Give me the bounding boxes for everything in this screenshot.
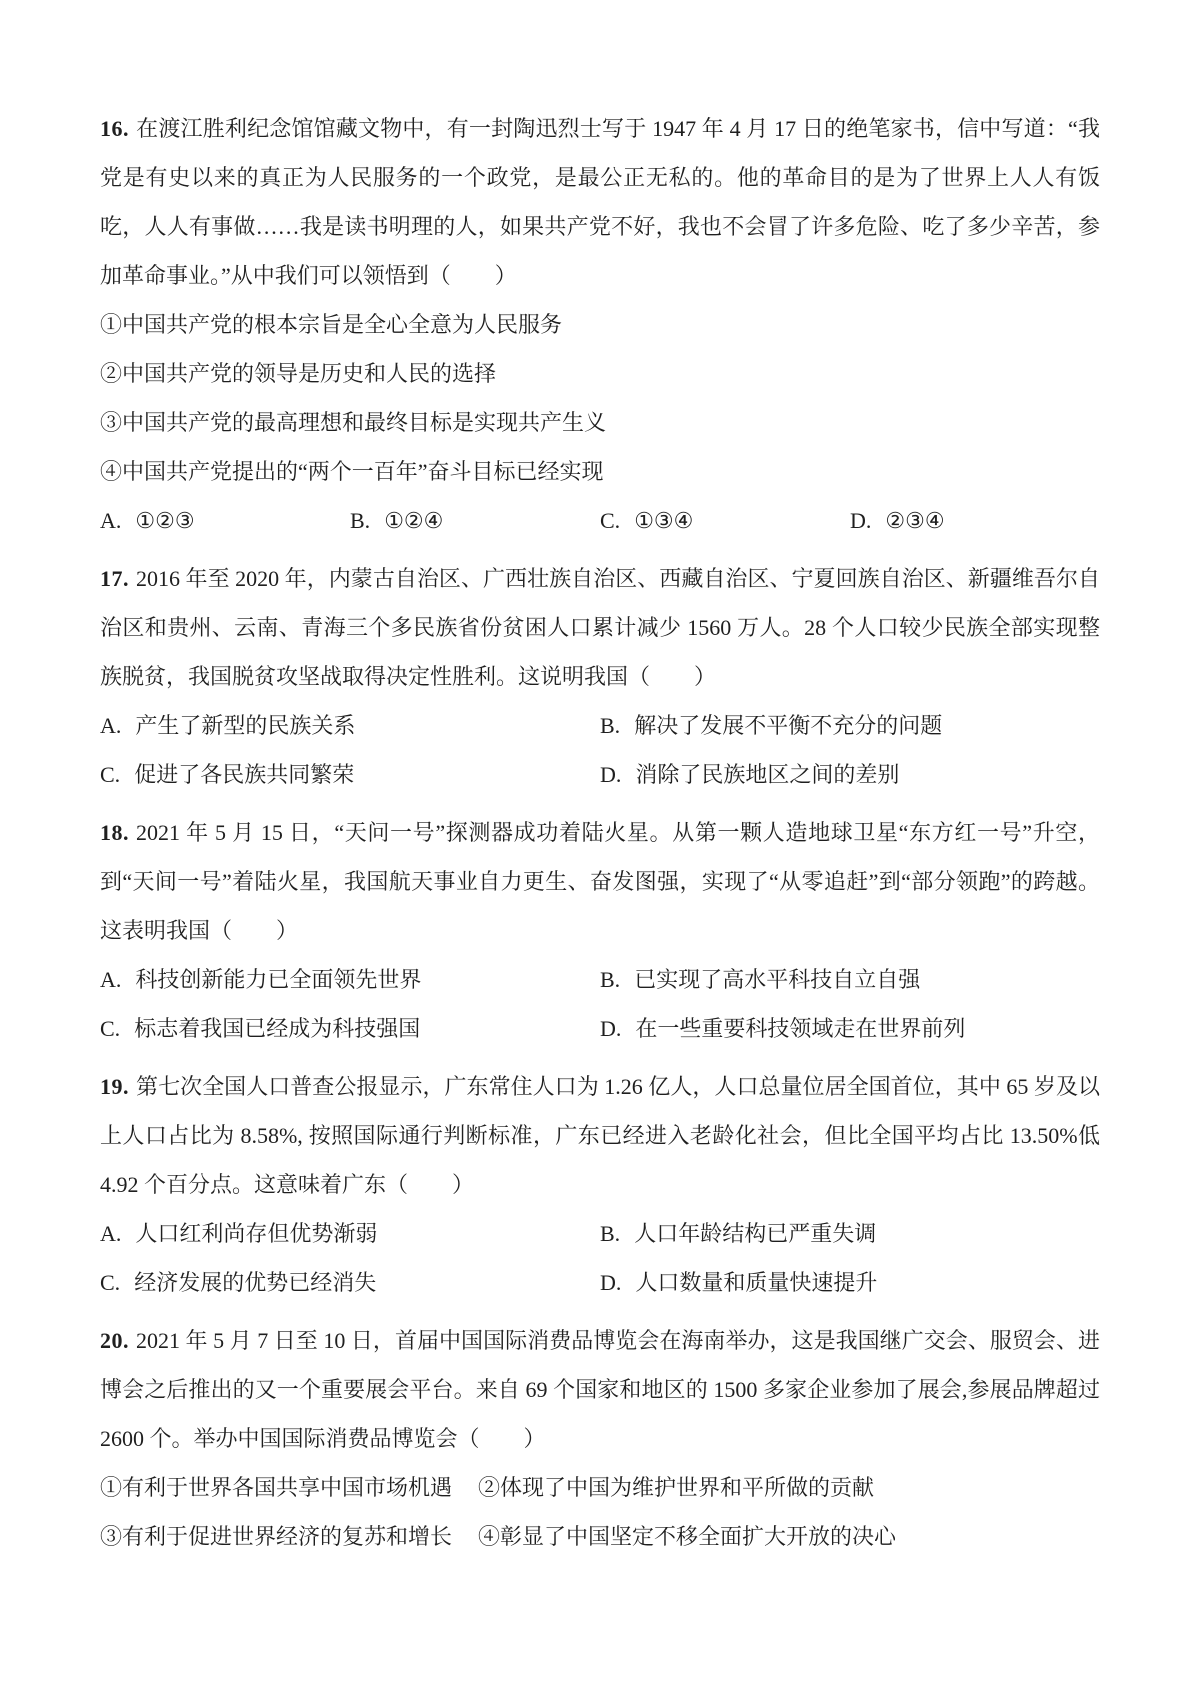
question-18-stem: 18.2021 年 5 月 15 日，“天问一号”探测器成功着陆火星。从第一颗人… [100,808,1100,955]
question-16-option-d: D.②③④ [850,496,1100,545]
question-17-option-a: A.产生了新型的民族关系 [100,701,600,750]
question-16-statement-3: ③中国共产党的最高理想和最终目标是实现共产生义 [100,398,1100,447]
option-label: C. [100,762,120,787]
question-16-stem-text: 在渡江胜利纪念馆馆藏文物中，有一封陶迅烈士写于 1947 年 4 月 17 日的… [100,116,1100,288]
option-text: 已实现了高水平科技自立自强 [634,967,920,992]
exam-page: 16.在渡江胜利纪念馆馆藏文物中，有一封陶迅烈士写于 1947 年 4 月 17… [0,0,1200,1698]
question-19-option-b: B.人口年龄结构已严重失调 [600,1209,1100,1258]
option-label: D. [600,1270,621,1295]
option-text: 科技创新能力已全面领先世界 [135,967,421,992]
option-label: A. [100,967,121,992]
question-16-stem: 16.在渡江胜利纪念馆馆藏文物中，有一封陶迅烈士写于 1947 年 4 月 17… [100,104,1100,300]
question-19-options-row-2: C.经济发展的优势已经消失 D.人口数量和质量快速提升 [100,1258,1100,1307]
question-17: 17.2016 年至 2020 年，内蒙古自治区、广西壮族自治区、西藏自治区、宁… [100,554,1100,799]
option-label: C. [600,508,620,533]
option-text: ①②④ [384,508,443,533]
option-text: ②③④ [885,508,944,533]
question-18-option-b: B.已实现了高水平科技自立自强 [600,955,1100,1004]
option-label: D. [850,508,871,533]
option-label: A. [100,713,121,738]
question-20-statement-4: ④彰显了中国坚定不移全面扩大开放的决心 [478,1512,1100,1561]
option-text: 在一些重要科技领域走在世界前列 [635,1016,965,1041]
option-text: ①③④ [634,508,693,533]
question-17-option-b: B.解决了发展不平衡不充分的问题 [600,701,1100,750]
question-19-option-c: C.经济发展的优势已经消失 [100,1258,600,1307]
question-20-statement-1: ①有利于世界各国共享中国市场机遇 [100,1463,478,1512]
question-16-statement-1: ①中国共产党的根本宗旨是全心全意为人民服务 [100,300,1100,349]
question-19-option-a: A.人口红利尚存但优势渐弱 [100,1209,600,1258]
option-text: 标志着我国已经成为科技强国 [134,1016,420,1041]
question-17-options-row-1: A.产生了新型的民族关系 B.解决了发展不平衡不充分的问题 [100,701,1100,750]
option-text: 经济发展的优势已经消失 [134,1270,376,1295]
question-18-option-a: A.科技创新能力已全面领先世界 [100,955,600,1004]
question-17-number: 17. [100,566,129,591]
question-20-statements-row-1: ①有利于世界各国共享中国市场机遇 ②体现了中国为维护世界和平所做的贡献 [100,1463,1100,1512]
option-label: B. [350,508,370,533]
option-label: C. [100,1270,120,1295]
option-text: 人口年龄结构已严重失调 [634,1221,876,1246]
option-text: 促进了各民族共同繁荣 [134,762,354,787]
option-text: 人口数量和质量快速提升 [635,1270,877,1295]
question-17-stem-text: 2016 年至 2020 年，内蒙古自治区、广西壮族自治区、西藏自治区、宁夏回族… [100,566,1100,689]
question-18-options-row-1: A.科技创新能力已全面领先世界 B.已实现了高水平科技自立自强 [100,955,1100,1004]
question-18-option-d: D.在一些重要科技领域走在世界前列 [600,1004,1100,1053]
question-17-option-d: D.消除了民族地区之间的差别 [600,750,1100,799]
question-20-statement-2: ②体现了中国为维护世界和平所做的贡献 [478,1463,1100,1512]
option-text: ①②③ [135,508,194,533]
question-18-option-c: C.标志着我国已经成为科技强国 [100,1004,600,1053]
question-19-option-d: D.人口数量和质量快速提升 [600,1258,1100,1307]
question-16-option-b: B.①②④ [350,496,600,545]
option-label: B. [600,1221,620,1246]
question-17-option-c: C.促进了各民族共同繁荣 [100,750,600,799]
option-text: 产生了新型的民族关系 [135,713,355,738]
option-text: 消除了民族地区之间的差别 [635,762,899,787]
question-16: 16.在渡江胜利纪念馆馆藏文物中，有一封陶迅烈士写于 1947 年 4 月 17… [100,104,1100,545]
question-17-stem: 17.2016 年至 2020 年，内蒙古自治区、广西壮族自治区、西藏自治区、宁… [100,554,1100,701]
question-18-options-row-2: C.标志着我国已经成为科技强国 D.在一些重要科技领域走在世界前列 [100,1004,1100,1053]
question-17-options-row-2: C.促进了各民族共同繁荣 D.消除了民族地区之间的差别 [100,750,1100,799]
question-18-number: 18. [100,820,129,845]
question-16-option-a: A.①②③ [100,496,350,545]
question-20-number: 20. [100,1328,129,1353]
option-text: 人口红利尚存但优势渐弱 [135,1221,377,1246]
option-label: A. [100,508,121,533]
question-16-option-c: C.①③④ [600,496,850,545]
question-18-stem-text: 2021 年 5 月 15 日，“天问一号”探测器成功着陆火星。从第一颗人造地球… [100,820,1100,943]
option-text: 解决了发展不平衡不充分的问题 [634,713,942,738]
option-label: B. [600,713,620,738]
option-label: D. [600,1016,621,1041]
question-20-stem-text: 2021 年 5 月 7 日至 10 日，首届中国国际消费品博览会在海南举办，这… [100,1328,1100,1451]
question-19: 19.第七次全国人口普查公报显示，广东常住人口为 1.26 亿人，人口总量位居全… [100,1062,1100,1307]
exam-content: 16.在渡江胜利纪念馆馆藏文物中，有一封陶迅烈士写于 1947 年 4 月 17… [100,104,1100,1570]
question-16-statement-4: ④中国共产党提出的“两个一百年”奋斗目标已经实现 [100,447,1100,496]
option-label: B. [600,967,620,992]
question-20-statement-3: ③有利于促进世界经济的复苏和增长 [100,1512,478,1561]
question-19-options-row-1: A.人口红利尚存但优势渐弱 B.人口年龄结构已严重失调 [100,1209,1100,1258]
question-19-number: 19. [100,1074,129,1099]
question-20: 20.2021 年 5 月 7 日至 10 日，首届中国国际消费品博览会在海南举… [100,1316,1100,1561]
option-label: A. [100,1221,121,1246]
question-18: 18.2021 年 5 月 15 日，“天问一号”探测器成功着陆火星。从第一颗人… [100,808,1100,1053]
question-20-stem: 20.2021 年 5 月 7 日至 10 日，首届中国国际消费品博览会在海南举… [100,1316,1100,1463]
question-16-options-row: A.①②③ B.①②④ C.①③④ D.②③④ [100,496,1100,545]
question-19-stem-text: 第七次全国人口普查公报显示，广东常住人口为 1.26 亿人，人口总量位居全国首位… [100,1074,1100,1197]
question-19-stem: 19.第七次全国人口普查公报显示，广东常住人口为 1.26 亿人，人口总量位居全… [100,1062,1100,1209]
option-label: D. [600,762,621,787]
question-16-statement-2: ②中国共产党的领导是历史和人民的选择 [100,349,1100,398]
option-label: C. [100,1016,120,1041]
question-16-number: 16. [100,116,129,141]
question-20-statements-row-2: ③有利于促进世界经济的复苏和增长 ④彰显了中国坚定不移全面扩大开放的决心 [100,1512,1100,1561]
